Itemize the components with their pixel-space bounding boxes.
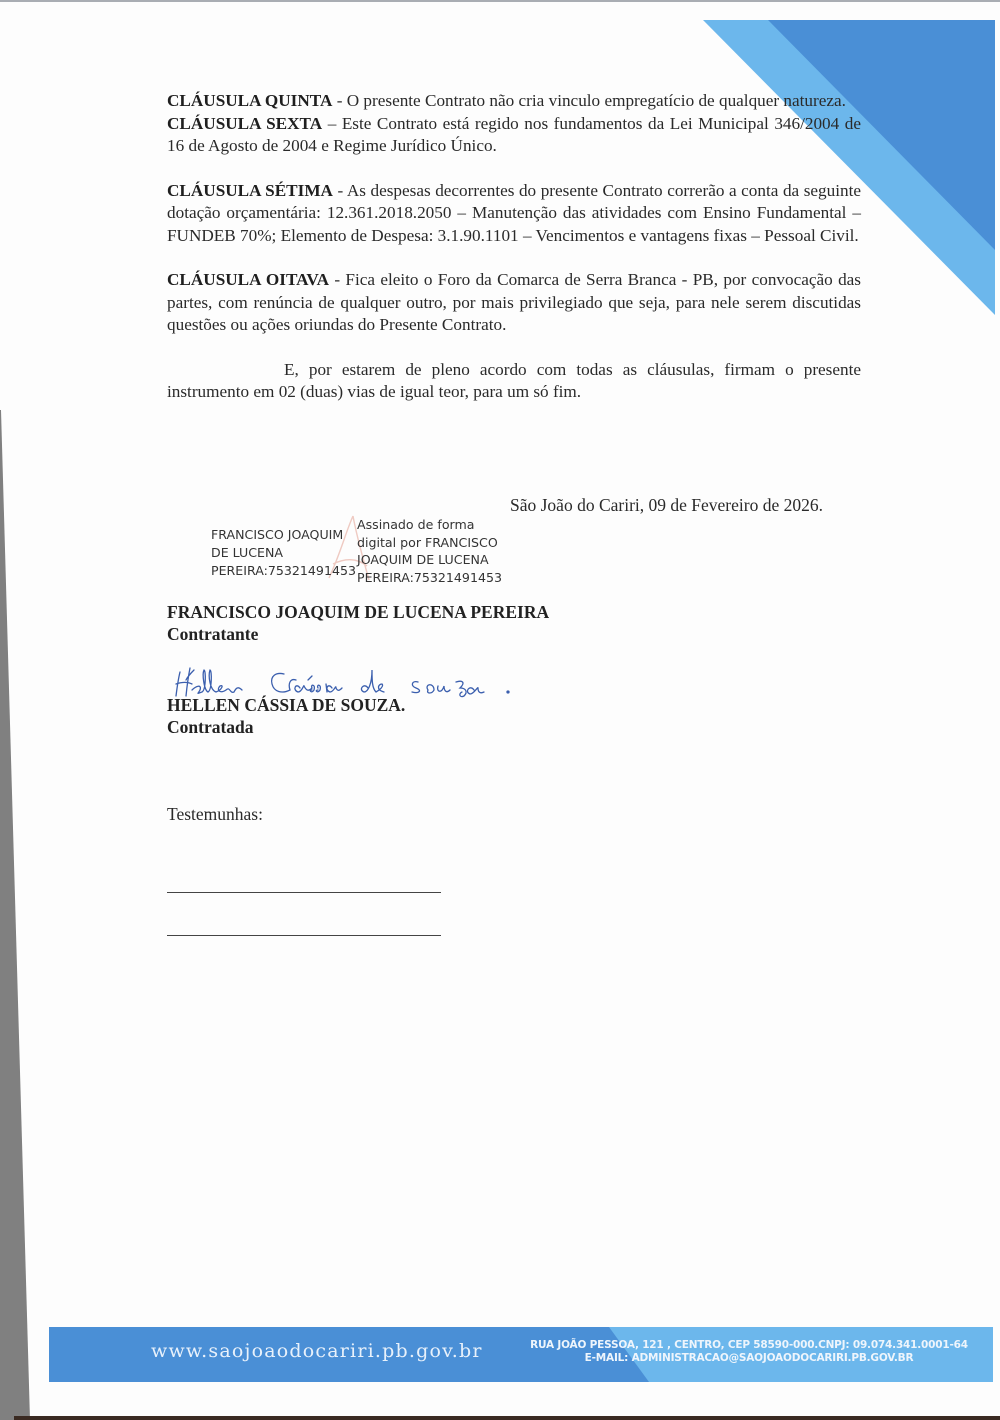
scan-left-shadow — [0, 0, 40, 1420]
witness-signature-line-2 — [167, 935, 441, 936]
contratada-role: Contratada — [167, 716, 405, 738]
clause-quinta: CLÁUSULA QUINTA - O presente Contrato nã… — [167, 90, 861, 113]
contract-body: CLÁUSULA QUINTA - O presente Contrato nã… — [167, 90, 861, 404]
contratante-block: FRANCISCO JOAQUIM DE LUCENA PEREIRA Cont… — [167, 601, 549, 645]
signer-line: DE LUCENA — [211, 544, 361, 562]
note-line: PEREIRA:75321491453 — [357, 569, 502, 587]
note-line: JOAQUIM DE LUCENA — [357, 551, 502, 569]
footer-email: E-MAIL: ADMINISTRACAO@SAOJOAODOCARIRI.PB… — [529, 1352, 969, 1365]
clause-heading: CLÁUSULA QUINTA — [167, 91, 332, 110]
footer-banner: www.saojoaodocariri.pb.gov.br RUA JOÃO P… — [49, 1327, 993, 1382]
footer-address: RUA JOÃO PESSOA, 121 , CENTRO, CEP 58590… — [529, 1339, 969, 1352]
clause-sexta: CLÁUSULA SEXTA – Este Contrato está regi… — [167, 113, 861, 158]
separator: – — [322, 114, 342, 133]
note-line: Assinado de forma — [357, 516, 502, 534]
clause-heading: CLÁUSULA OITAVA — [167, 270, 329, 289]
signer-line: PEREIRA:75321491453 — [211, 562, 361, 580]
separator: - — [333, 181, 347, 200]
clause-oitava: CLÁUSULA OITAVA - Fica eleito o Foro da … — [167, 269, 861, 337]
signer-line: FRANCISCO JOAQUIM — [211, 526, 361, 544]
witness-signature-line-1 — [167, 892, 441, 893]
closing-paragraph: E, por estarem de pleno acordo com todas… — [167, 359, 861, 404]
contratante-role: Contratante — [167, 623, 549, 645]
note-line: digital por FRANCISCO — [357, 534, 502, 552]
clause-setima: CLÁUSULA SÉTIMA - As despesas decorrente… — [167, 180, 861, 248]
clause-text: O presente Contrato não cria vinculo emp… — [347, 91, 846, 110]
separator: - — [329, 270, 345, 289]
digital-signature-signer: FRANCISCO JOAQUIM DE LUCENA PEREIRA:7532… — [211, 526, 361, 580]
scan-top-edge — [0, 0, 1000, 2]
clause-heading: CLÁUSULA SÉTIMA — [167, 181, 333, 200]
footer-website-link[interactable]: www.saojoaodocariri.pb.gov.br — [151, 1340, 483, 1362]
scan-bottom-edge — [14, 1416, 1000, 1420]
clause-heading: CLÁUSULA SEXTA — [167, 114, 322, 133]
date-line: São João do Cariri, 09 de Fevereiro de 2… — [510, 495, 823, 516]
separator: - — [332, 91, 346, 110]
footer-contact: RUA JOÃO PESSOA, 121 , CENTRO, CEP 58590… — [529, 1339, 969, 1365]
contratante-name: FRANCISCO JOAQUIM DE LUCENA PEREIRA — [167, 601, 549, 623]
witnesses-label: Testemunhas: — [167, 804, 263, 825]
contratada-name: HELLEN CÁSSIA DE SOUZA. — [167, 694, 405, 716]
digital-signature-note: Assinado de forma digital por FRANCISCO … — [357, 516, 502, 586]
contratada-block: HELLEN CÁSSIA DE SOUZA. Contratada — [167, 694, 405, 738]
